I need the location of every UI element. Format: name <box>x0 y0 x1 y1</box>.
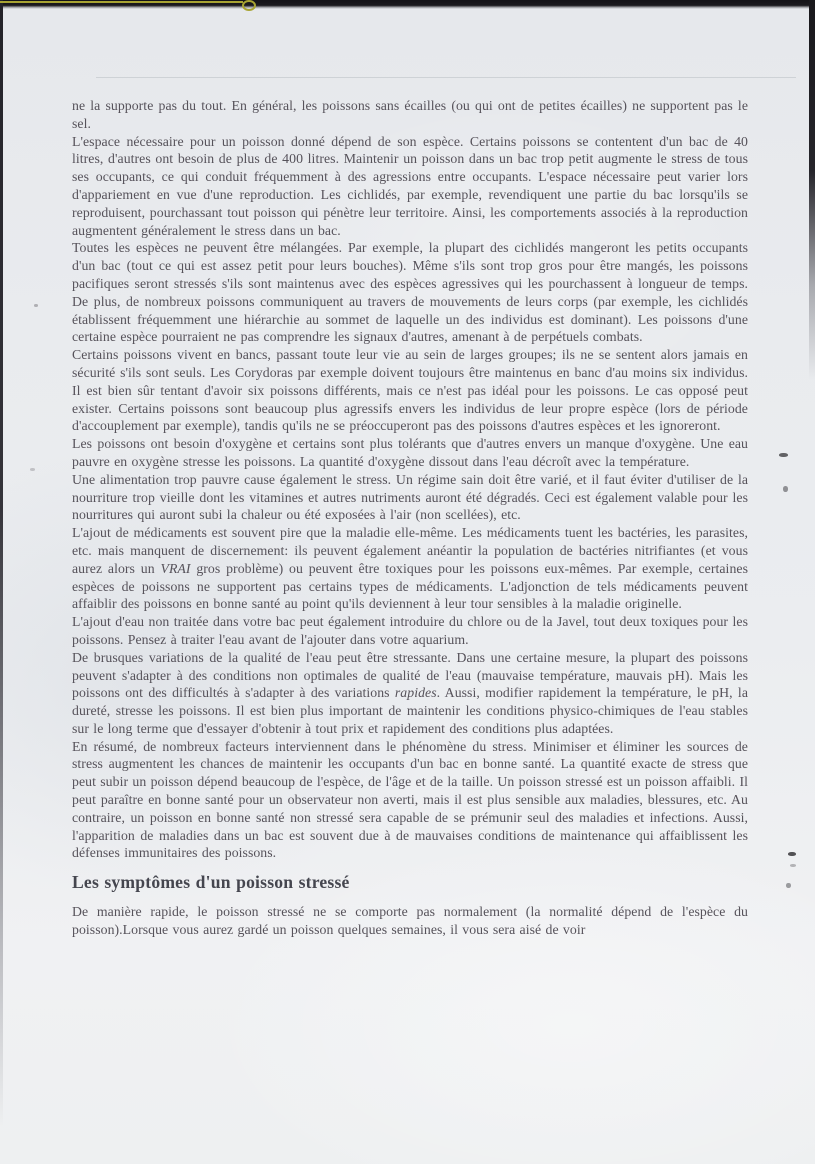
paragraph: L'ajout d'eau non traitée dans votre bac… <box>72 613 748 649</box>
text-run: ne la supporte pas du tout. En général, … <box>72 98 748 131</box>
italic-text-run: VRAI <box>160 561 190 576</box>
text-block: ne la supporte pas du tout. En général, … <box>72 97 748 939</box>
paragraph: De manière rapide, le poisson stressé ne… <box>72 903 748 939</box>
scan-speck <box>34 304 38 307</box>
text-run: Une alimentation trop pauvre cause égale… <box>72 472 748 523</box>
section-heading: Les symptômes d'un poisson stressé <box>72 872 748 893</box>
paragraph: L'ajout de médicaments est souvent pire … <box>72 524 748 613</box>
scan-edge-left <box>0 0 3 1128</box>
paragraph: ne la supporte pas du tout. En général, … <box>72 97 748 133</box>
scan-speck <box>786 883 791 888</box>
scan-accent-loop <box>242 0 256 11</box>
paragraph: En résumé, de nombreux facteurs intervie… <box>72 738 748 863</box>
text-run: L'espace nécessaire pour un poisson donn… <box>72 134 748 238</box>
paragraph: L'espace nécessaire pour un poisson donn… <box>72 133 748 240</box>
paper-fold-line <box>96 77 796 78</box>
scan-speck <box>783 486 788 492</box>
paragraph: De brusques variations de la qualité de … <box>72 649 748 738</box>
text-run: Les symptômes d'un poisson stressé <box>72 872 350 892</box>
text-run: L'ajout d'eau non traitée dans votre bac… <box>72 614 748 647</box>
text-run: Les poissons ont besoin d'oxygène et cer… <box>72 436 748 469</box>
scan-speck <box>790 864 796 867</box>
scanned-page: ne la supporte pas du tout. En général, … <box>0 0 815 1164</box>
text-run: Certains poissons vivent en bancs, passa… <box>72 347 748 433</box>
scan-edge-right <box>809 0 815 380</box>
paragraph: Certains poissons vivent en bancs, passa… <box>72 346 748 435</box>
paragraph: Une alimentation trop pauvre cause égale… <box>72 471 748 524</box>
paragraph: Toutes les espèces ne peuvent être mélan… <box>72 239 748 346</box>
text-run: En résumé, de nombreux facteurs intervie… <box>72 739 748 861</box>
italic-text-run: rapides <box>395 685 437 700</box>
paragraph: Les poissons ont besoin d'oxygène et cer… <box>72 435 748 471</box>
text-run: De manière rapide, le poisson stressé ne… <box>72 904 748 937</box>
scan-speck <box>779 453 788 457</box>
scan-accent-line <box>0 1 243 3</box>
scan-speck <box>788 852 796 856</box>
text-run: Toutes les espèces ne peuvent être mélan… <box>72 240 748 344</box>
scan-speck <box>30 468 35 471</box>
